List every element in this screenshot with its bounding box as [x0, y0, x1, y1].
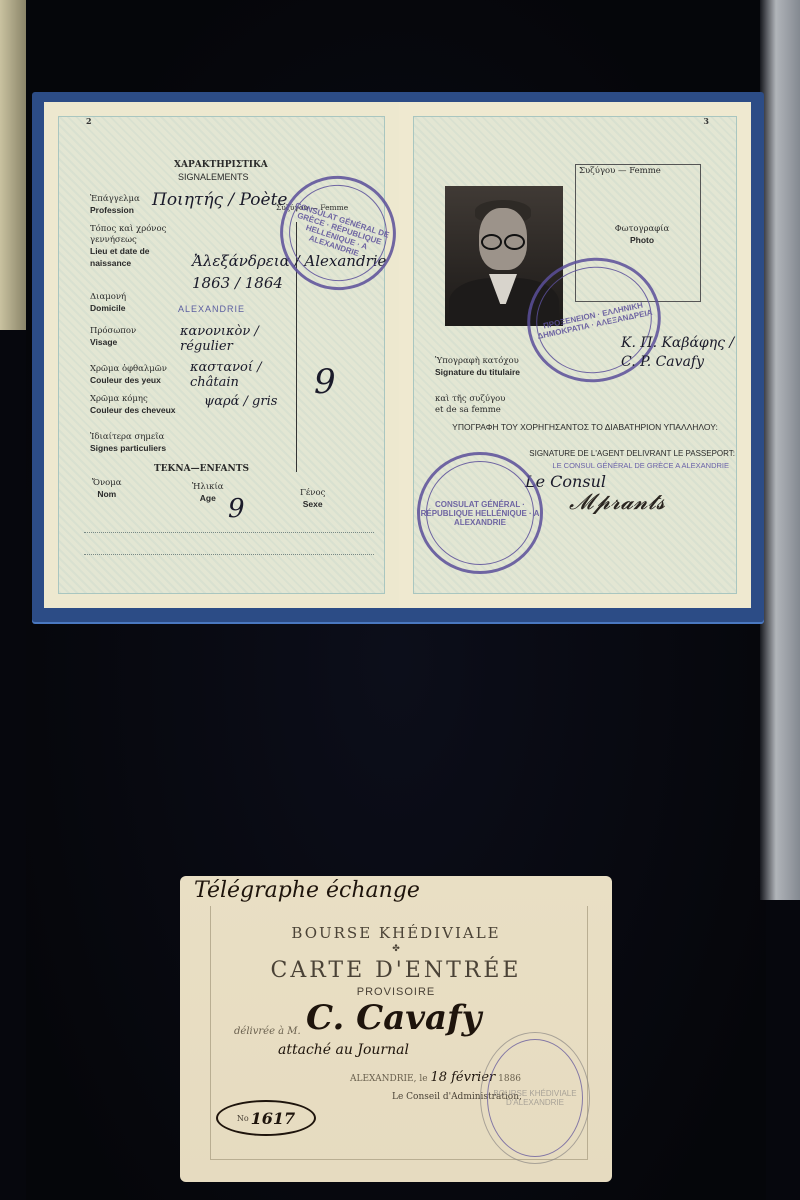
field-label: ΠρόσωπονVisage	[90, 326, 136, 349]
official-signature-scrawl: 𝓜𝓹𝓻𝓪𝓷𝓽𝓼	[569, 490, 665, 515]
left-edge-document	[0, 0, 26, 330]
passport-right-page: 3 Συζύγου — Femme ΦωτογραφίαPhoto ΠΡΟΞΕΝ…	[399, 102, 751, 608]
card-number-label: No	[237, 1114, 249, 1123]
field-value-visage: κανονικὸν / régulier	[180, 324, 300, 354]
field-value-profession: Ποιητής / Poète	[152, 190, 288, 210]
children-col-name: ὌνομαNom	[92, 478, 122, 501]
bourse-stamp: BOURSE KHÉDIVIALE D'ALEXANDRIE	[480, 1032, 590, 1164]
field-label: Ἰδιαίτερα σημεῖαSignes particuliers	[90, 432, 166, 455]
card-title: CARTE D'ENTRÉE	[180, 958, 612, 983]
children-col-age: ἩλικίαAge	[192, 482, 224, 505]
card-number-oval: No 1617	[216, 1100, 316, 1136]
field-value-hair: ψαρά / gris	[204, 394, 314, 409]
field-label: ΔιαμονήDomicile	[90, 292, 126, 315]
entry-card: Télégraphe échange BOURSE KHÉDIVIALE ✤ C…	[180, 876, 612, 1182]
row-line	[84, 554, 374, 555]
card-holder-note: attaché au Journal	[278, 1042, 409, 1058]
photo-label: ΦωτογραφίαPhoto	[597, 224, 687, 247]
cancel-mark: 9	[228, 494, 245, 524]
holder-signature: Κ. Π. Καβάφης / C. P. Cavafy	[621, 334, 741, 372]
holder-signature-label: Ὑπογραφὴ κατόχουSignature du titulaire	[435, 356, 520, 379]
passport: 2 ΧΑΡΑΚΤΗΡΙΣΤΙΚΑ SIGNALEMENTS Συζύγου — …	[32, 92, 764, 622]
field-label: Χρῶμα κόμηςCouleur des cheveux	[90, 394, 176, 417]
consulate-stamp-bottom: CONSULAT GÉNÉRAL · RÉPUBLIQUE HELLÉNIQUE…	[417, 452, 543, 574]
row-line	[84, 532, 374, 533]
children-col-sex: ΓένοςSexe	[300, 488, 325, 511]
photo-glasses	[481, 234, 525, 246]
card-issuer: BOURSE KHÉDIVIALE	[180, 924, 612, 942]
field-value-domicile: ALEXANDRIE	[178, 304, 245, 315]
page-number: 3	[703, 116, 709, 126]
heading-greek: ΧΑΡΑΚΤΗΡΙΣΤΙΚΑ	[174, 160, 268, 171]
card-subtitle: PROVISOIRE	[180, 986, 612, 998]
card-holder-name: C. Cavafy	[306, 998, 481, 1038]
official-label-greek: ΥΠΟΓΡΑΦΗ ΤΟΥ ΧΟΡΗΓΗΣΑΝΤΟΣ ΤΟ ΔΙΑΒΑΤΗΡΙΟΝ…	[435, 422, 735, 433]
passport-left-page: 2 ΧΑΡΑΚΤΗΡΙΣΤΙΚΑ SIGNALEMENTS Συζύγου — …	[44, 102, 399, 608]
card-handwritten-header: Télégraphe échange	[194, 878, 420, 903]
field-label: ἘπάγγελμαProfession	[90, 194, 140, 217]
card-ornament: ✤	[180, 944, 612, 954]
cancel-mark: 9	[314, 362, 336, 402]
field-label: Τόπος καὶ χρόνος γεννήσεωςLieu et date d…	[90, 224, 180, 270]
right-edge-frame	[760, 0, 800, 900]
page-number: 2	[86, 116, 92, 126]
children-heading: TEKNA—ENFANTS	[154, 464, 249, 475]
field-value-eyes: καστανοί / châtain	[190, 360, 310, 390]
card-number: 1617	[251, 1109, 296, 1128]
field-label: Χρῶμα ὀφθαλμῶνCouleur des yeux	[90, 364, 167, 387]
spouse-signature-label: καὶ τῆς συζύγουet de sa femme	[435, 394, 505, 416]
delivered-to-label: délivrée à M.	[234, 1026, 301, 1037]
heading-french: SIGNALEMENTS	[178, 172, 249, 183]
